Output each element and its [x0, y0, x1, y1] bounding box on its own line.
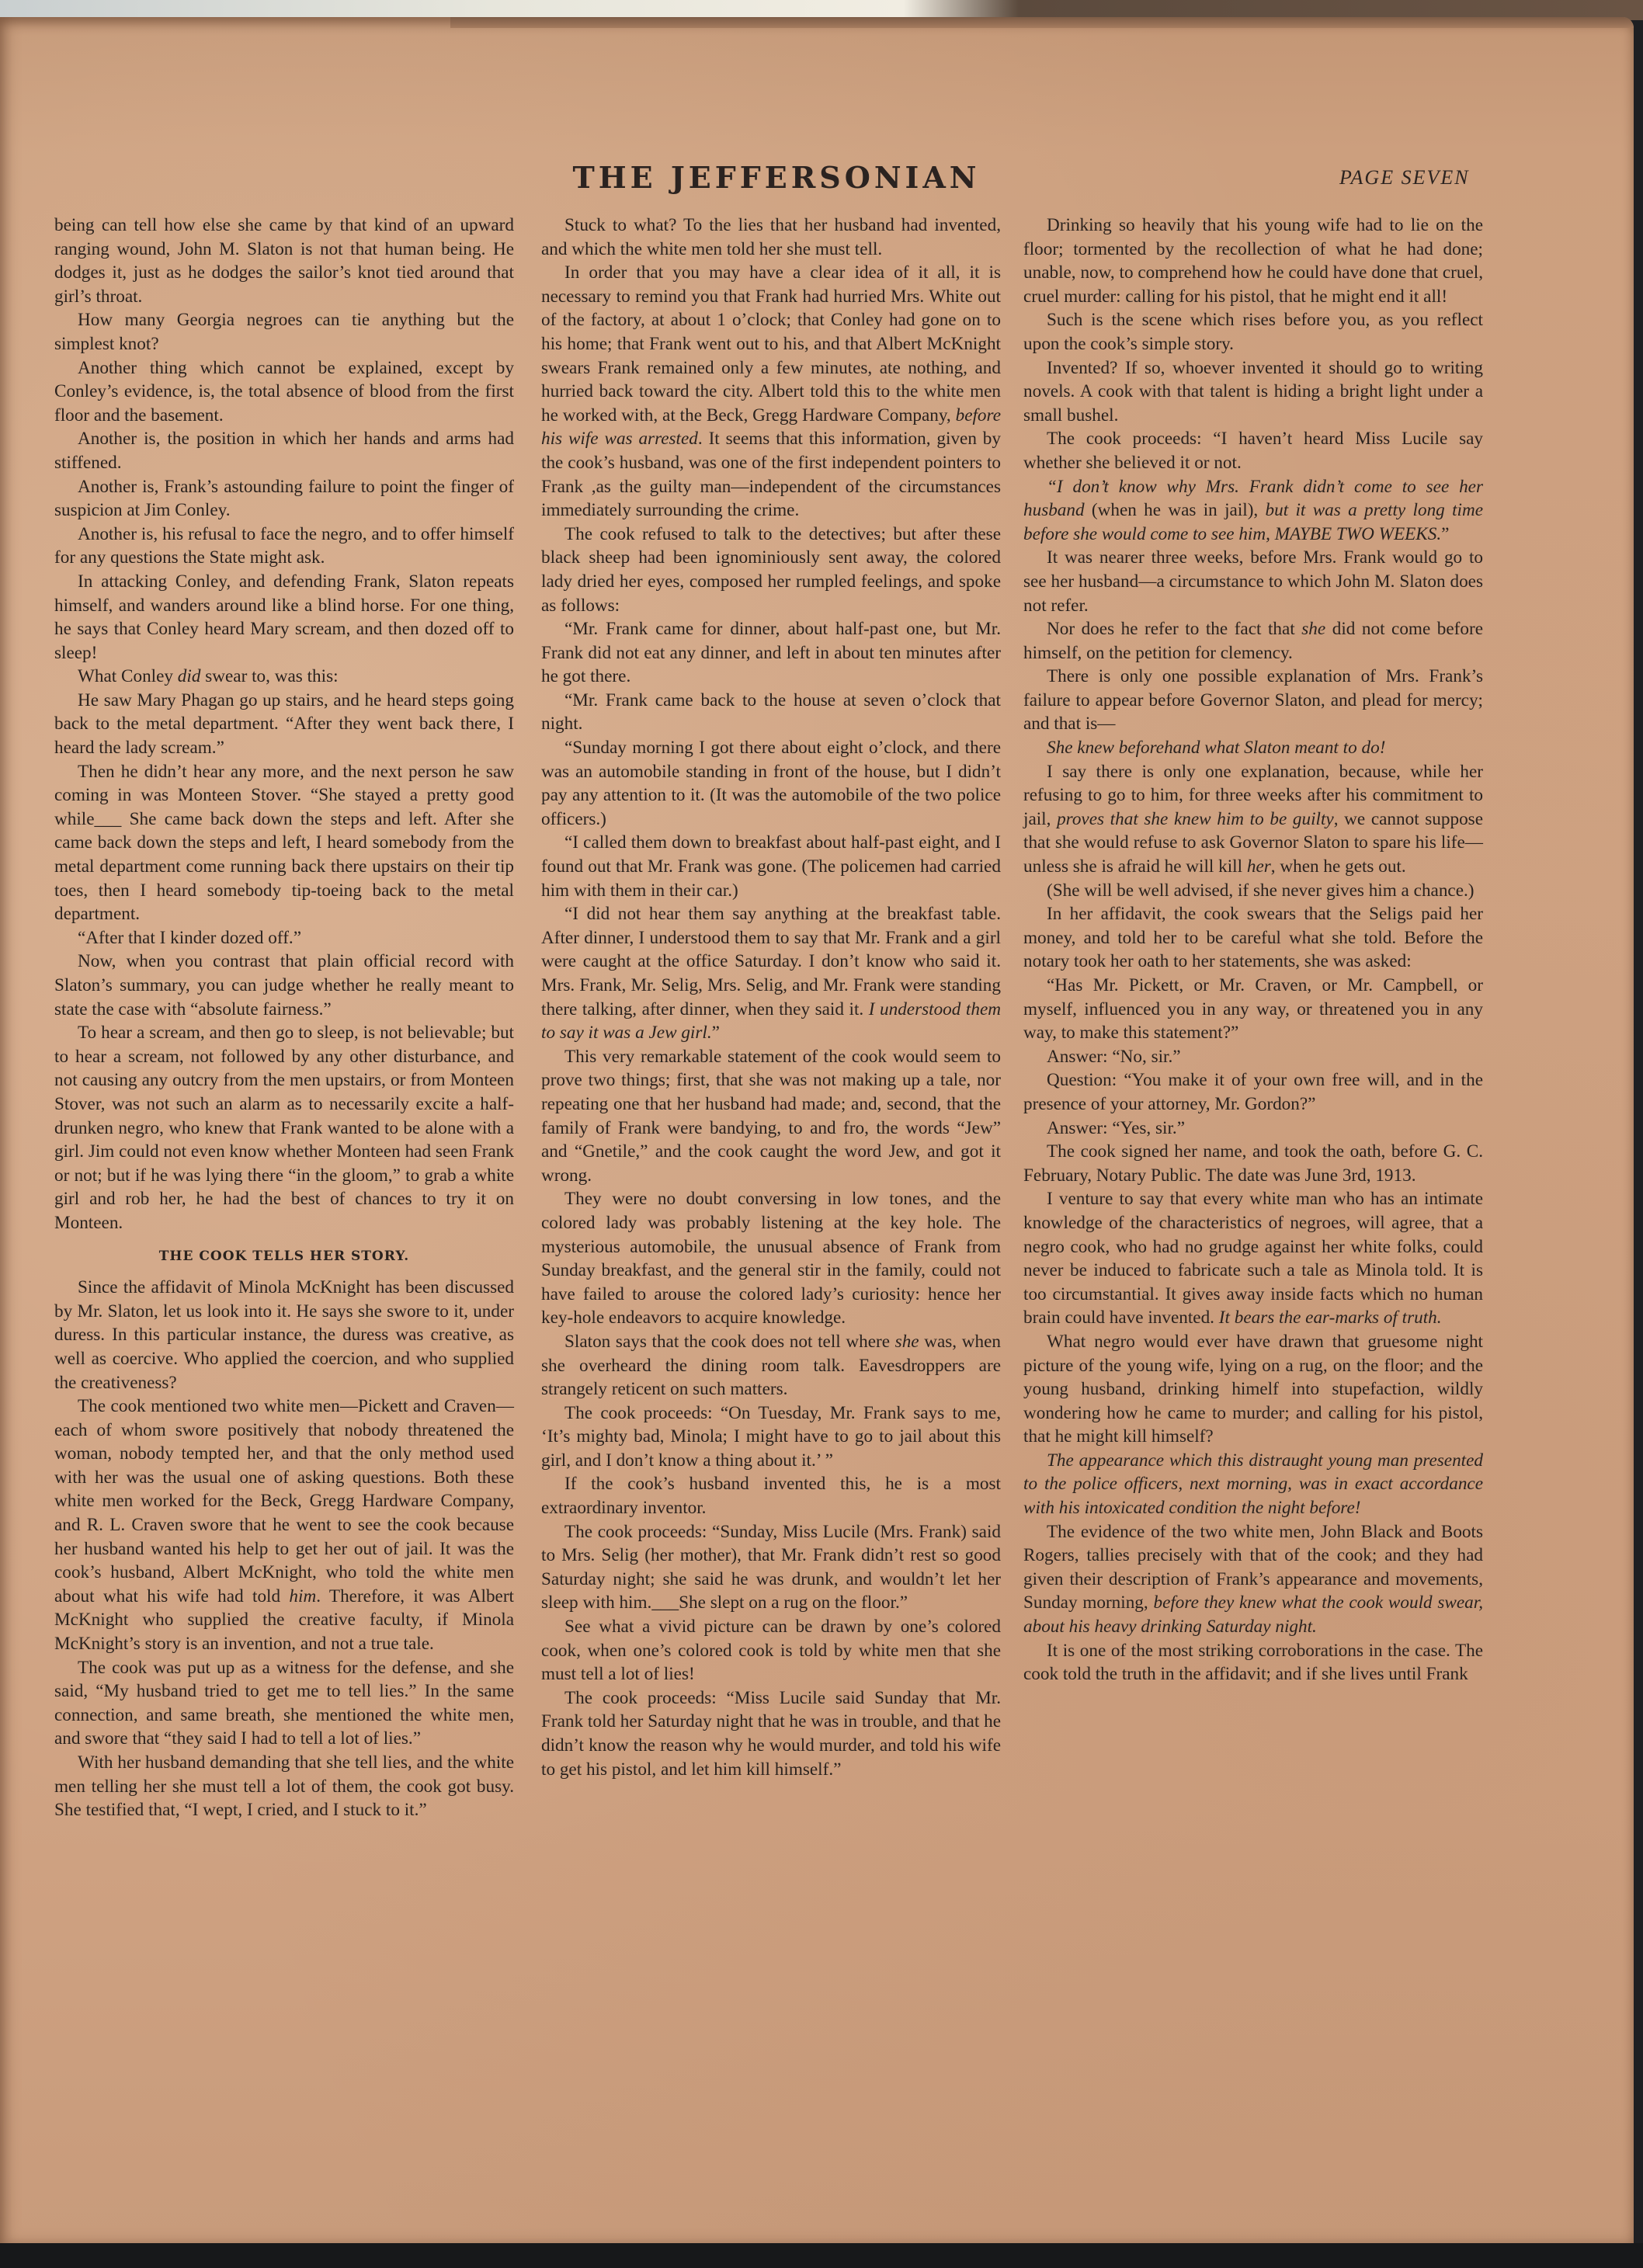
- article-column-2: Stuck to what? To the lies that her husb…: [541, 214, 1001, 1781]
- paragraph: “Mr. Frank came for dinner, about half-p…: [541, 617, 1001, 689]
- emphasis: did: [178, 666, 201, 686]
- paragraph: I venture to say that every white man wh…: [1023, 1187, 1483, 1330]
- paragraph: What negro would ever have drawn that gr…: [1023, 1330, 1483, 1449]
- paragraph: The cook mentioned two white men—Pickett…: [54, 1394, 514, 1656]
- paragraph: In order that you may have a clear idea …: [541, 261, 1001, 523]
- paragraph: Another is, Frank’s astounding failure t…: [54, 475, 514, 523]
- paragraph: “I did not hear them say anything at the…: [541, 902, 1001, 1045]
- newspaper-page: THE JEFFERSONIAN PAGE SEVEN being can te…: [0, 17, 1634, 2244]
- paragraph: The cook was put up as a witness for the…: [54, 1656, 514, 1751]
- newspaper-title: THE JEFFERSONIAN: [512, 160, 1040, 195]
- paragraph: If the cook’s husband invented this, he …: [541, 1472, 1001, 1520]
- paragraph: “Has Mr. Pickett, or Mr. Craven, or Mr. …: [1023, 974, 1483, 1045]
- paragraph: Since the affidavit of Minola McKnight h…: [54, 1276, 514, 1394]
- paragraph: It is one of the most striking corrobora…: [1023, 1639, 1483, 1686]
- emphasis: him: [289, 1586, 316, 1606]
- paragraph: With her husband demanding that she tell…: [54, 1751, 514, 1822]
- paragraph: Stuck to what? To the lies that her husb…: [541, 214, 1001, 261]
- section-heading: THE COOK TELLS HER STORY.: [54, 1245, 514, 1269]
- paragraph: Drinking so heavily that his young wife …: [1023, 214, 1483, 308]
- scan-bottom-edge: [0, 2243, 1643, 2268]
- emphasis: she: [1301, 619, 1325, 639]
- paragraph: Answer: “No, sir.”: [1023, 1045, 1483, 1069]
- paragraph: Question: “You make it of your own free …: [1023, 1068, 1483, 1116]
- paragraph: The cook proceeds: “Miss Lucile said Sun…: [541, 1686, 1001, 1781]
- paragraph-italic: She knew beforehand what Slaton meant to…: [1023, 736, 1483, 760]
- paragraph: “I don’t know why Mrs. Frank didn’t come…: [1023, 475, 1483, 547]
- paragraph: There is only one possible explanation o…: [1023, 665, 1483, 736]
- paragraph: The cook refused to talk to the detectiv…: [541, 523, 1001, 617]
- paragraph: To hear a scream, and then go to sleep, …: [54, 1021, 514, 1235]
- paragraph: (She will be well advised, if she never …: [1023, 879, 1483, 903]
- emphasis: her: [1247, 856, 1271, 877]
- paragraph: The cook signed her name, and took the o…: [1023, 1140, 1483, 1187]
- paragraph: They were no doubt conversing in low ton…: [541, 1187, 1001, 1330]
- emphasis: proves that she knew him to be guilty: [1057, 809, 1334, 829]
- paragraph: The evidence of the two white men, John …: [1023, 1520, 1483, 1639]
- paragraph: “After that I kinder dozed off.”: [54, 926, 514, 950]
- paragraph: The cook proceeds: “Sunday, Miss Lucile …: [541, 1520, 1001, 1615]
- paragraph: Then he didn’t hear any more, and the ne…: [54, 760, 514, 926]
- paragraph: In her affidavit, the cook swears that t…: [1023, 902, 1483, 974]
- paragraph: In attacking Conley, and defending Frank…: [54, 570, 514, 665]
- emphasis: It bears the ear-marks of truth.: [1219, 1308, 1442, 1328]
- paragraph: Another is, the position in which her ha…: [54, 427, 514, 474]
- page-edge-shadow: [450, 17, 1634, 28]
- paragraph: Another is, his refusal to face the negr…: [54, 523, 514, 570]
- paragraph: Now, when you contrast that plain offici…: [54, 950, 514, 1021]
- paragraph: See what a vivid picture can be drawn by…: [541, 1615, 1001, 1686]
- paragraph: Answer: “Yes, sir.”: [1023, 1117, 1483, 1141]
- paragraph: I say there is only one explanation, bec…: [1023, 760, 1483, 879]
- article-column-1: being can tell how else she came by that…: [54, 214, 514, 1822]
- paragraph: “I called them down to breakfast about h…: [541, 831, 1001, 902]
- paragraph: Another thing which cannot be explained,…: [54, 356, 514, 428]
- paragraph: This very remarkable statement of the co…: [541, 1045, 1001, 1188]
- emphasis: she: [895, 1332, 919, 1352]
- paragraph: What Conley did swear to, was this:: [54, 665, 514, 689]
- paragraph: Nor does he refer to the fact that she d…: [1023, 617, 1483, 665]
- paragraph: It was nearer three weeks, before Mrs. F…: [1023, 546, 1483, 617]
- paragraph: How many Georgia negroes can tie anythin…: [54, 308, 514, 356]
- article-column-3: Drinking so heavily that his young wife …: [1023, 214, 1483, 1686]
- paragraph: being can tell how else she came by that…: [54, 214, 514, 308]
- paragraph: The cook proceeds: “On Tuesday, Mr. Fran…: [541, 1401, 1001, 1473]
- paragraph: Such is the scene which rises before you…: [1023, 308, 1483, 356]
- paragraph: He saw Mary Phagan go up stairs, and he …: [54, 689, 514, 760]
- page-number: PAGE SEVEN: [1339, 166, 1470, 189]
- paragraph: “Sunday morning I got there about eight …: [541, 736, 1001, 831]
- paragraph: Invented? If so, whoever invented it sho…: [1023, 356, 1483, 428]
- paragraph: The cook proceeds: “I haven’t heard Miss…: [1023, 427, 1483, 474]
- paragraph: “Mr. Frank came back to the house at sev…: [541, 689, 1001, 736]
- paragraph: Slaton says that the cook does not tell …: [541, 1330, 1001, 1401]
- masthead: THE JEFFERSONIAN PAGE SEVEN: [0, 160, 1634, 207]
- paragraph-italic: The appearance which this distraught you…: [1023, 1449, 1483, 1520]
